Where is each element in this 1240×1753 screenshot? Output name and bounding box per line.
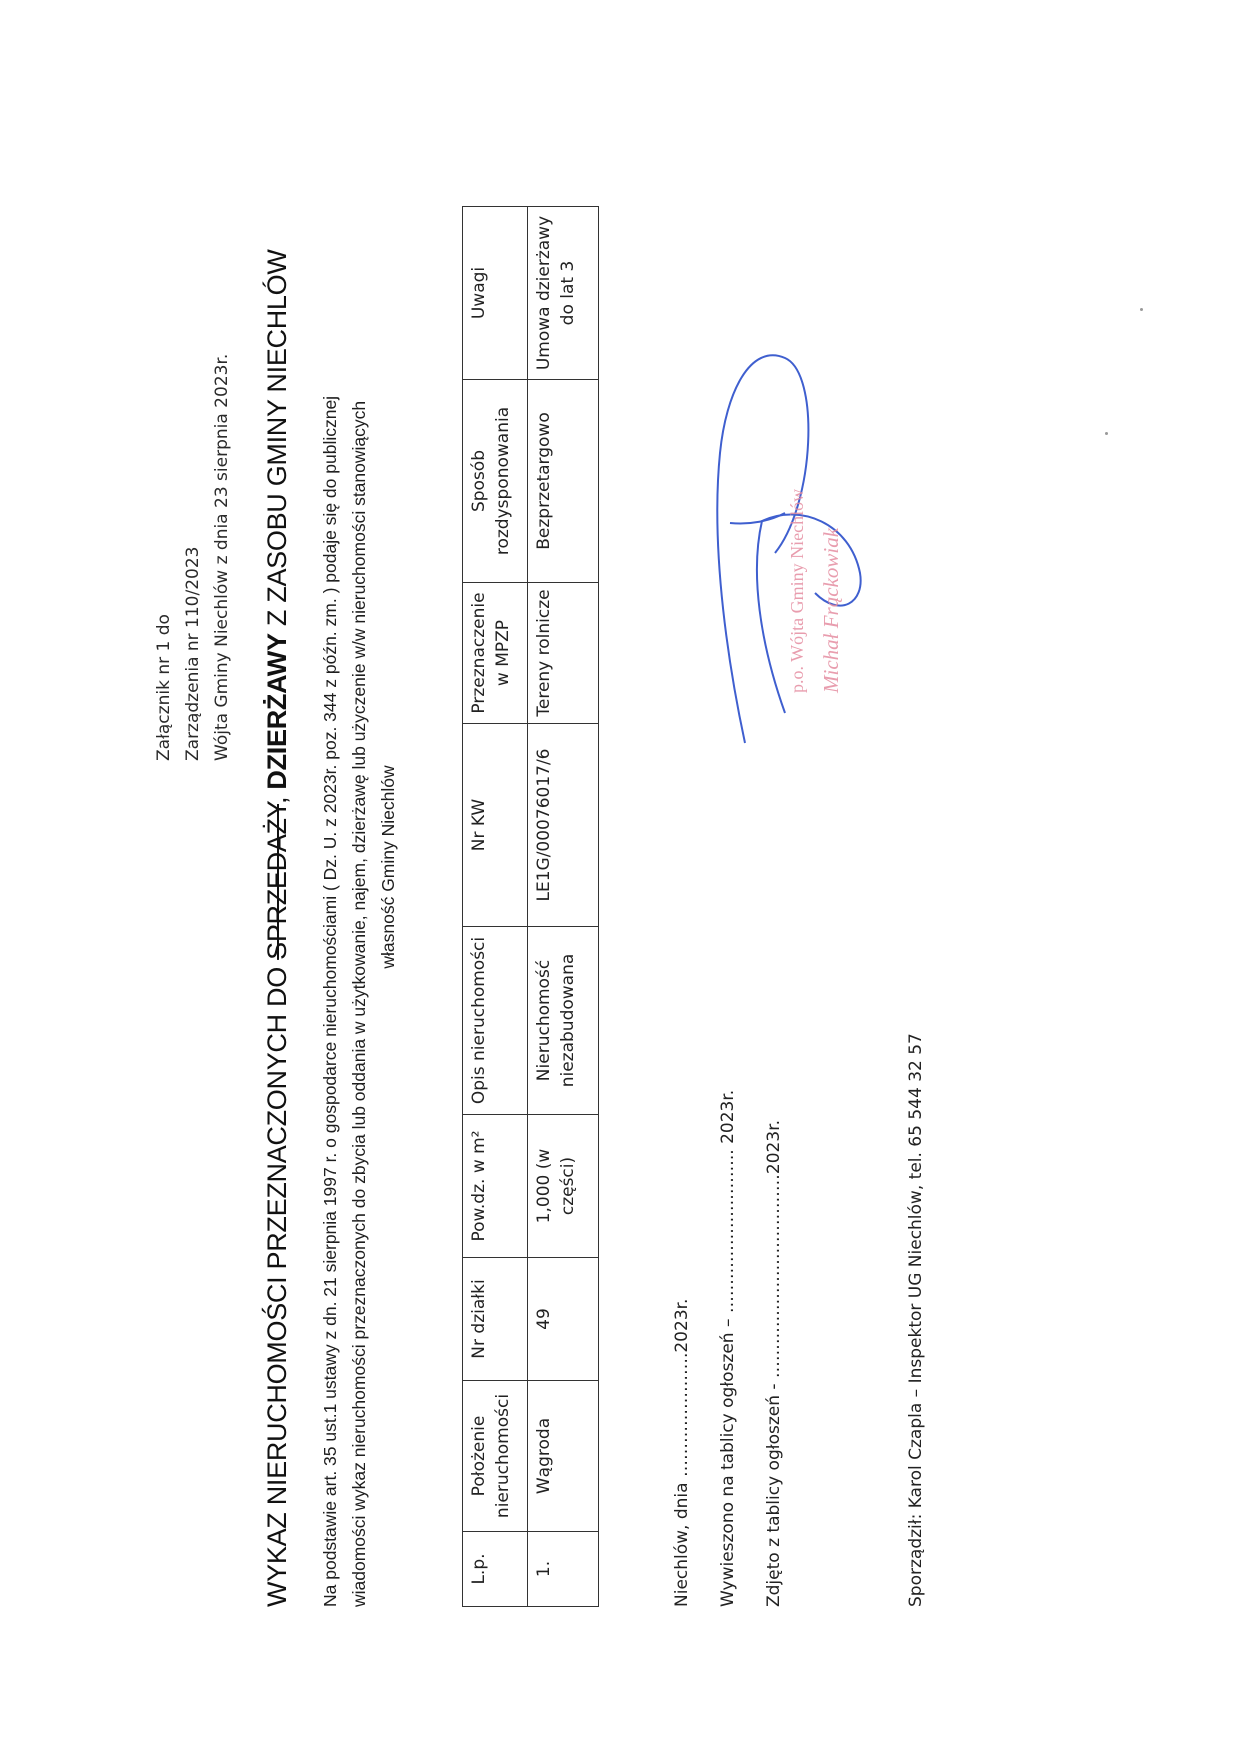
- stamp-name: Michał Frąckowiak: [814, 489, 848, 693]
- date-line: Niechlów, dnia ………………….2023r.: [672, 1299, 692, 1607]
- title-bold-word: DZIERŻAWY: [262, 633, 292, 789]
- prepared-by-line: Sporządził: Karol Czapla – Inspektor UG …: [906, 1033, 926, 1607]
- title-separator: ,: [262, 790, 292, 804]
- scan-speck: [1140, 308, 1143, 311]
- removed-line: Zdjęto z tablicy ogłoszeń - …………………………………: [764, 1120, 784, 1607]
- header-plot-number: Nr działki: [463, 1258, 528, 1381]
- header-location: Położenie nieruchomości: [463, 1381, 528, 1532]
- cell-description: Nieruchomość niezabudowana: [528, 927, 599, 1115]
- header-area: Pow.dz. w m²: [463, 1115, 528, 1258]
- annex-line-1: Załącznik nr 1 do: [150, 354, 179, 761]
- official-stamp: p.o. Wójta Gminy Niechlów Michał Frąckow…: [780, 489, 848, 693]
- cell-area: 1,000 (w części): [528, 1115, 599, 1258]
- table-header-row: L.p. Położenie nieruchomości Nr działki …: [463, 207, 528, 1607]
- annex-reference: Załącznik nr 1 do Zarządzenia nr 110/202…: [150, 354, 237, 761]
- intro-line-2: wiadomości wykaz nieruchomości przeznacz…: [345, 127, 374, 1607]
- cell-disposal-method: Bezprzetargowo: [528, 380, 599, 583]
- title-part-1: WYKAZ NIERUCHOMOŚCI PRZEZNACZONYCH DO: [262, 960, 292, 1607]
- document-page: Załącznik nr 1 do Zarządzenia nr 110/202…: [0, 0, 1240, 1753]
- header-remarks: Uwagi: [463, 207, 528, 380]
- posted-line: Wywieszono na tablicy ogłoszeń – ……………………: [718, 1090, 738, 1607]
- cell-remarks: Umowa dzierżawy do lat 3: [528, 207, 599, 380]
- table-row: 1. Wągroda 49 1,000 (w części) Nieruchom…: [528, 207, 599, 1607]
- header-description: Opis nieruchomości: [463, 927, 528, 1115]
- intro-line-1: Na podstawie art. 35 ust.1 ustawy z dn. …: [316, 127, 345, 1607]
- annex-line-3: Wójta Gminy Niechlów z dnia 23 sierpnia …: [208, 354, 237, 761]
- cell-zoning: Tereny rolnicze: [528, 583, 599, 724]
- document-title: WYKAZ NIERUCHOMOŚCI PRZEZNACZONYCH DO SP…: [262, 249, 293, 1607]
- cell-land-register: LE1G/00076017/6: [528, 724, 599, 927]
- title-struck-word: SPRZEDAŻY: [262, 804, 292, 960]
- intro-line-3: własność Gminy Niechlów: [374, 127, 403, 1607]
- property-table: L.p. Położenie nieruchomości Nr działki …: [462, 206, 599, 1607]
- cell-location: Wągroda: [528, 1381, 599, 1532]
- header-land-register: Nr KW: [463, 724, 528, 927]
- annex-line-2: Zarządzenia nr 110/2023: [179, 354, 208, 761]
- header-lp: L.p.: [463, 1532, 528, 1607]
- cell-lp: 1.: [528, 1532, 599, 1607]
- title-part-2: Z ZASOBU GMINY NIECHLÓW: [262, 249, 292, 633]
- scan-speck: [1105, 432, 1108, 435]
- intro-paragraph: Na podstawie art. 35 ust.1 ustawy z dn. …: [316, 127, 403, 1607]
- stamp-title: p.o. Wójta Gminy Niechlów: [780, 489, 814, 693]
- header-disposal-method: Sposób rozdysponowania: [463, 380, 528, 583]
- header-zoning: Przeznaczenie w MPZP: [463, 583, 528, 724]
- cell-plot-number: 49: [528, 1258, 599, 1381]
